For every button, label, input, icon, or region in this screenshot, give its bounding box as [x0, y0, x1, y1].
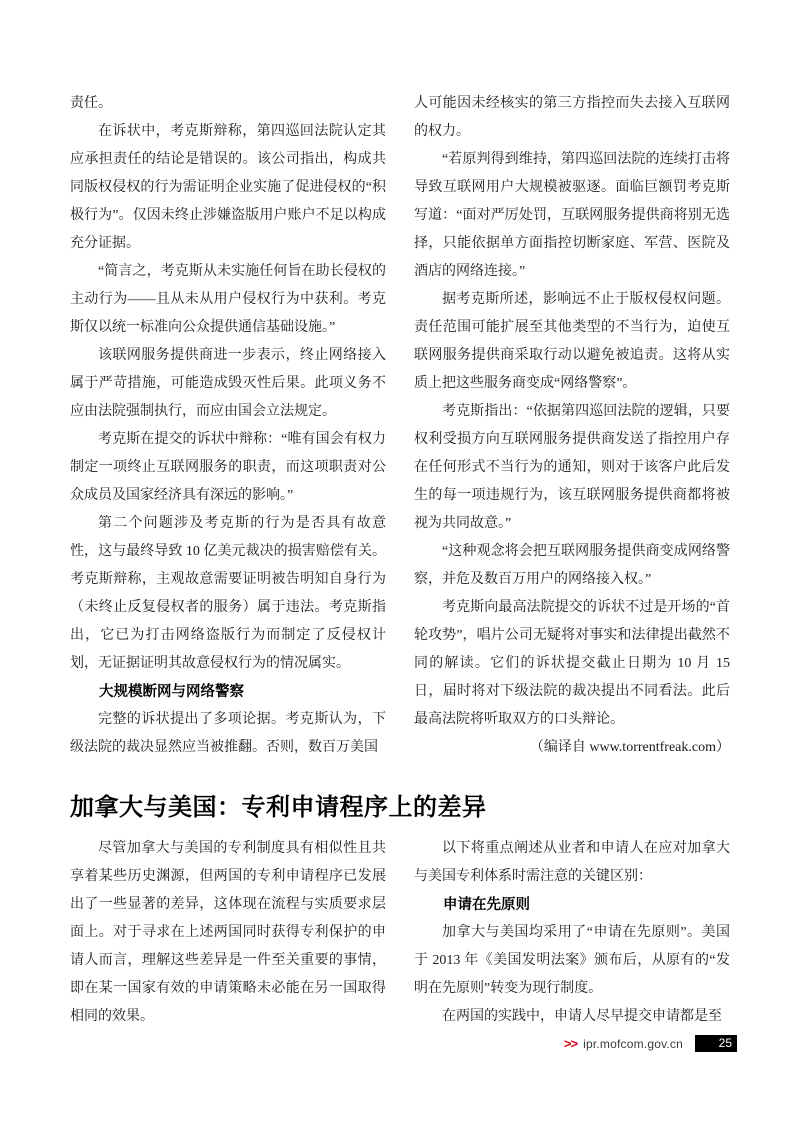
paragraph: 该联网服务提供商进一步表示，终止网络接入属于严苛措施，可能造成毁灭性后果。此项义…	[70, 342, 386, 426]
paragraph: 人可能因未经核实的第三方指控而失去接入互联网的权力。	[414, 90, 730, 146]
paragraph: 以下将重点阐述从业者和申请人在应对加拿大与美国专利体系时需注意的关键区别：	[414, 835, 730, 891]
section-subhead-first-to-file: 申请在先原则	[414, 891, 730, 919]
paragraph: “简言之，考克斯从未实施任何旨在助长侵权的主动行为——且从未从用户侵权行为中获利…	[70, 258, 386, 342]
paragraph: 在两国的实践中，申请人尽早提交申请都是至	[414, 1003, 730, 1031]
paragraph: 在诉状中，考克斯辩称，第四巡回法院认定其应承担责任的结论是错误的。该公司指出，构…	[70, 118, 386, 258]
footer-website-url: ipr.mofcom.gov.cn	[583, 1037, 683, 1051]
paragraph: “这种观念将会把互联网服务提供商变成网络警察，并危及数百万用户的网络接入权。”	[414, 538, 730, 594]
article1-right-column: 人可能因未经核实的第三方指控而失去接入互联网的权力。 “若原判得到维持，第四巡回…	[414, 90, 730, 762]
section-subhead-mass-disconnection: 大规模断网与网络警察	[70, 678, 386, 706]
paragraph: 第二个问题涉及考克斯的行为是否具有故意性，这与最终导致 10 亿美元裁决的损害赔…	[70, 510, 386, 678]
paragraph: 完整的诉状提出了多项论据。考克斯认为，下级法院的裁决显然应当被推翻。否则，数百万…	[70, 706, 386, 762]
paragraph: 尽管加拿大与美国的专利制度具有相似性且共享着某些历史渊源，但两国的专利申请程序已…	[70, 835, 386, 1031]
paragraph: 加拿大与美国均采用了“申请在先原则”。美国于 2013 年《美国发明法案》颁布后…	[414, 919, 730, 1003]
article1-columns: 责任。 在诉状中，考克斯辩称，第四巡回法院认定其应承担责任的结论是错误的。该公司…	[70, 90, 730, 762]
magazine-page: 责任。 在诉状中，考克斯辩称，第四巡回法院认定其应承担责任的结论是错误的。该公司…	[0, 0, 794, 1122]
double-chevron-right-icon: >>	[564, 1037, 577, 1050]
source-credit: （编译自 www.torrentfreak.com）	[414, 734, 730, 762]
article2-left-column: 尽管加拿大与美国的专利制度具有相似性且共享着某些历史渊源，但两国的专利申请程序已…	[70, 835, 386, 1031]
paragraph: 考克斯指出：“依据第四巡回法院的逻辑，只要权利受损方向互联网服务提供商发送了指控…	[414, 398, 730, 538]
article2-title: 加拿大与美国：专利申请程序上的差异	[70, 794, 730, 822]
article-cox-supreme-court-petition: 责任。 在诉状中，考克斯辩称，第四巡回法院认定其应承担责任的结论是错误的。该公司…	[70, 90, 730, 762]
article-canada-us-patent-differences: 加拿大与美国：专利申请程序上的差异 尽管加拿大与美国的专利制度具有相似性且共享着…	[70, 794, 730, 1031]
page-footer: >> ipr.mofcom.gov.cn 25	[564, 1035, 737, 1052]
paragraph: “若原判得到维持，第四巡回法院的连续打击将导致互联网用户大规模被驱逐。面临巨额罚…	[414, 146, 730, 286]
paragraph: 考克斯在提交的诉状中辩称：“唯有国会有权力制定一项终止互联网服务的职责，而这项职…	[70, 426, 386, 510]
article2-columns: 尽管加拿大与美国的专利制度具有相似性且共享着某些历史渊源，但两国的专利申请程序已…	[70, 835, 730, 1031]
paragraph: 考克斯向最高法院提交的诉状不过是开场的“首轮攻势”，唱片公司无疑将对事实和法律提…	[414, 594, 730, 734]
paragraph: 责任。	[70, 90, 386, 118]
page-number-badge: 25	[695, 1035, 737, 1052]
article1-left-column: 责任。 在诉状中，考克斯辩称，第四巡回法院认定其应承担责任的结论是错误的。该公司…	[70, 90, 386, 762]
article2-right-column: 以下将重点阐述从业者和申请人在应对加拿大与美国专利体系时需注意的关键区别： 申请…	[414, 835, 730, 1031]
paragraph: 据考克斯所述，影响远不止于版权侵权问题。责任范围可能扩展至其他类型的不当行为，迫…	[414, 286, 730, 398]
